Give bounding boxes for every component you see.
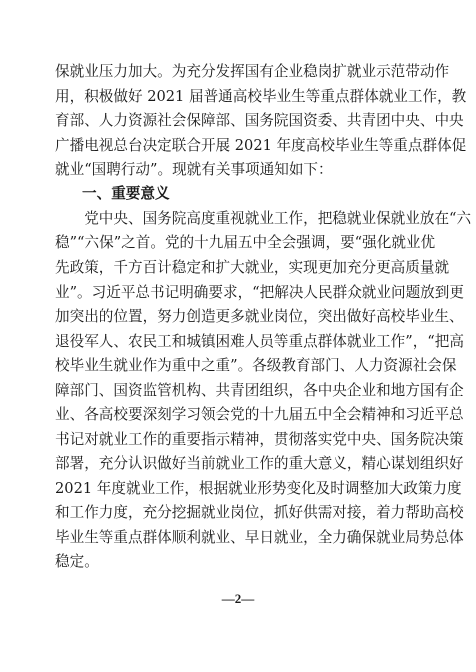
body-line: 校毕业生就业作为重中之重”。各级教育部门、人力资源社会保 (55, 356, 417, 376)
body-line: 业、各高校要深刻学习领会党的十九届五中全会精神和习近平总 (55, 405, 417, 425)
intro-line: 用，积极做好 2021 届普通高校毕业生等重点群体就业工作，教 (55, 87, 417, 107)
body-line: 书记对就业工作的重要指示精神，贯彻落实党中央、国务院决策 (55, 430, 417, 450)
body-line: 先政策，千方百计稳定和扩大就业，实现更加充分更高质量就 (55, 258, 417, 278)
body-line: 业”。习近平总书记明确要求，“把解决人民群众就业问题放到更 (55, 283, 417, 303)
body-line: 2021 年度就业工作，根据就业形势变化及时调整加大政策力度 (55, 479, 417, 499)
body-line: 稳定。 (55, 552, 417, 572)
intro-line: 就业“国聘行动”。现就有关事项通知如下： (55, 160, 417, 180)
intro-line: 广播电视总台决定联合开展 2021 年度高校毕业生等重点群体促 (55, 136, 417, 156)
body-line: 退役军人、农民工和城镇困难人员等重点群体就业工作”，“把高 (55, 332, 417, 352)
body-line: 加突出的位置，努力创造更多就业岗位，突出做好高校毕业生、 (55, 307, 417, 327)
body-line: 和工作力度，充分挖掘就业岗位，抓好供需对接，着力帮助高校 (55, 503, 417, 523)
page-number: —2— (0, 591, 476, 607)
body-line: 障部门、国资监管机构、共青团组织，各中央企业和地方国有企 (55, 381, 417, 401)
intro-line: 育部、人力资源社会保障部、国务院国资委、共青团中央、中央 (55, 111, 417, 131)
body-line: 部署，充分认识做好当前就业工作的重大意义，精心谋划组织好 (55, 454, 417, 474)
section-heading: 一、重要意义 (82, 184, 170, 204)
intro-line: 保就业压力加大。为充分发挥国有企业稳岗扩就业示范带动作 (55, 62, 417, 82)
body-line: 稳”“六保”之首。党的十九届五中全会强调，要“强化就业优 (55, 233, 417, 253)
body-line: 党中央、国务院高度重视就业工作，把稳就业保就业放在“六 (55, 209, 417, 229)
body-line: 毕业生等重点群体顺利就业、早日就业，全力确保就业局势总体 (55, 528, 417, 548)
